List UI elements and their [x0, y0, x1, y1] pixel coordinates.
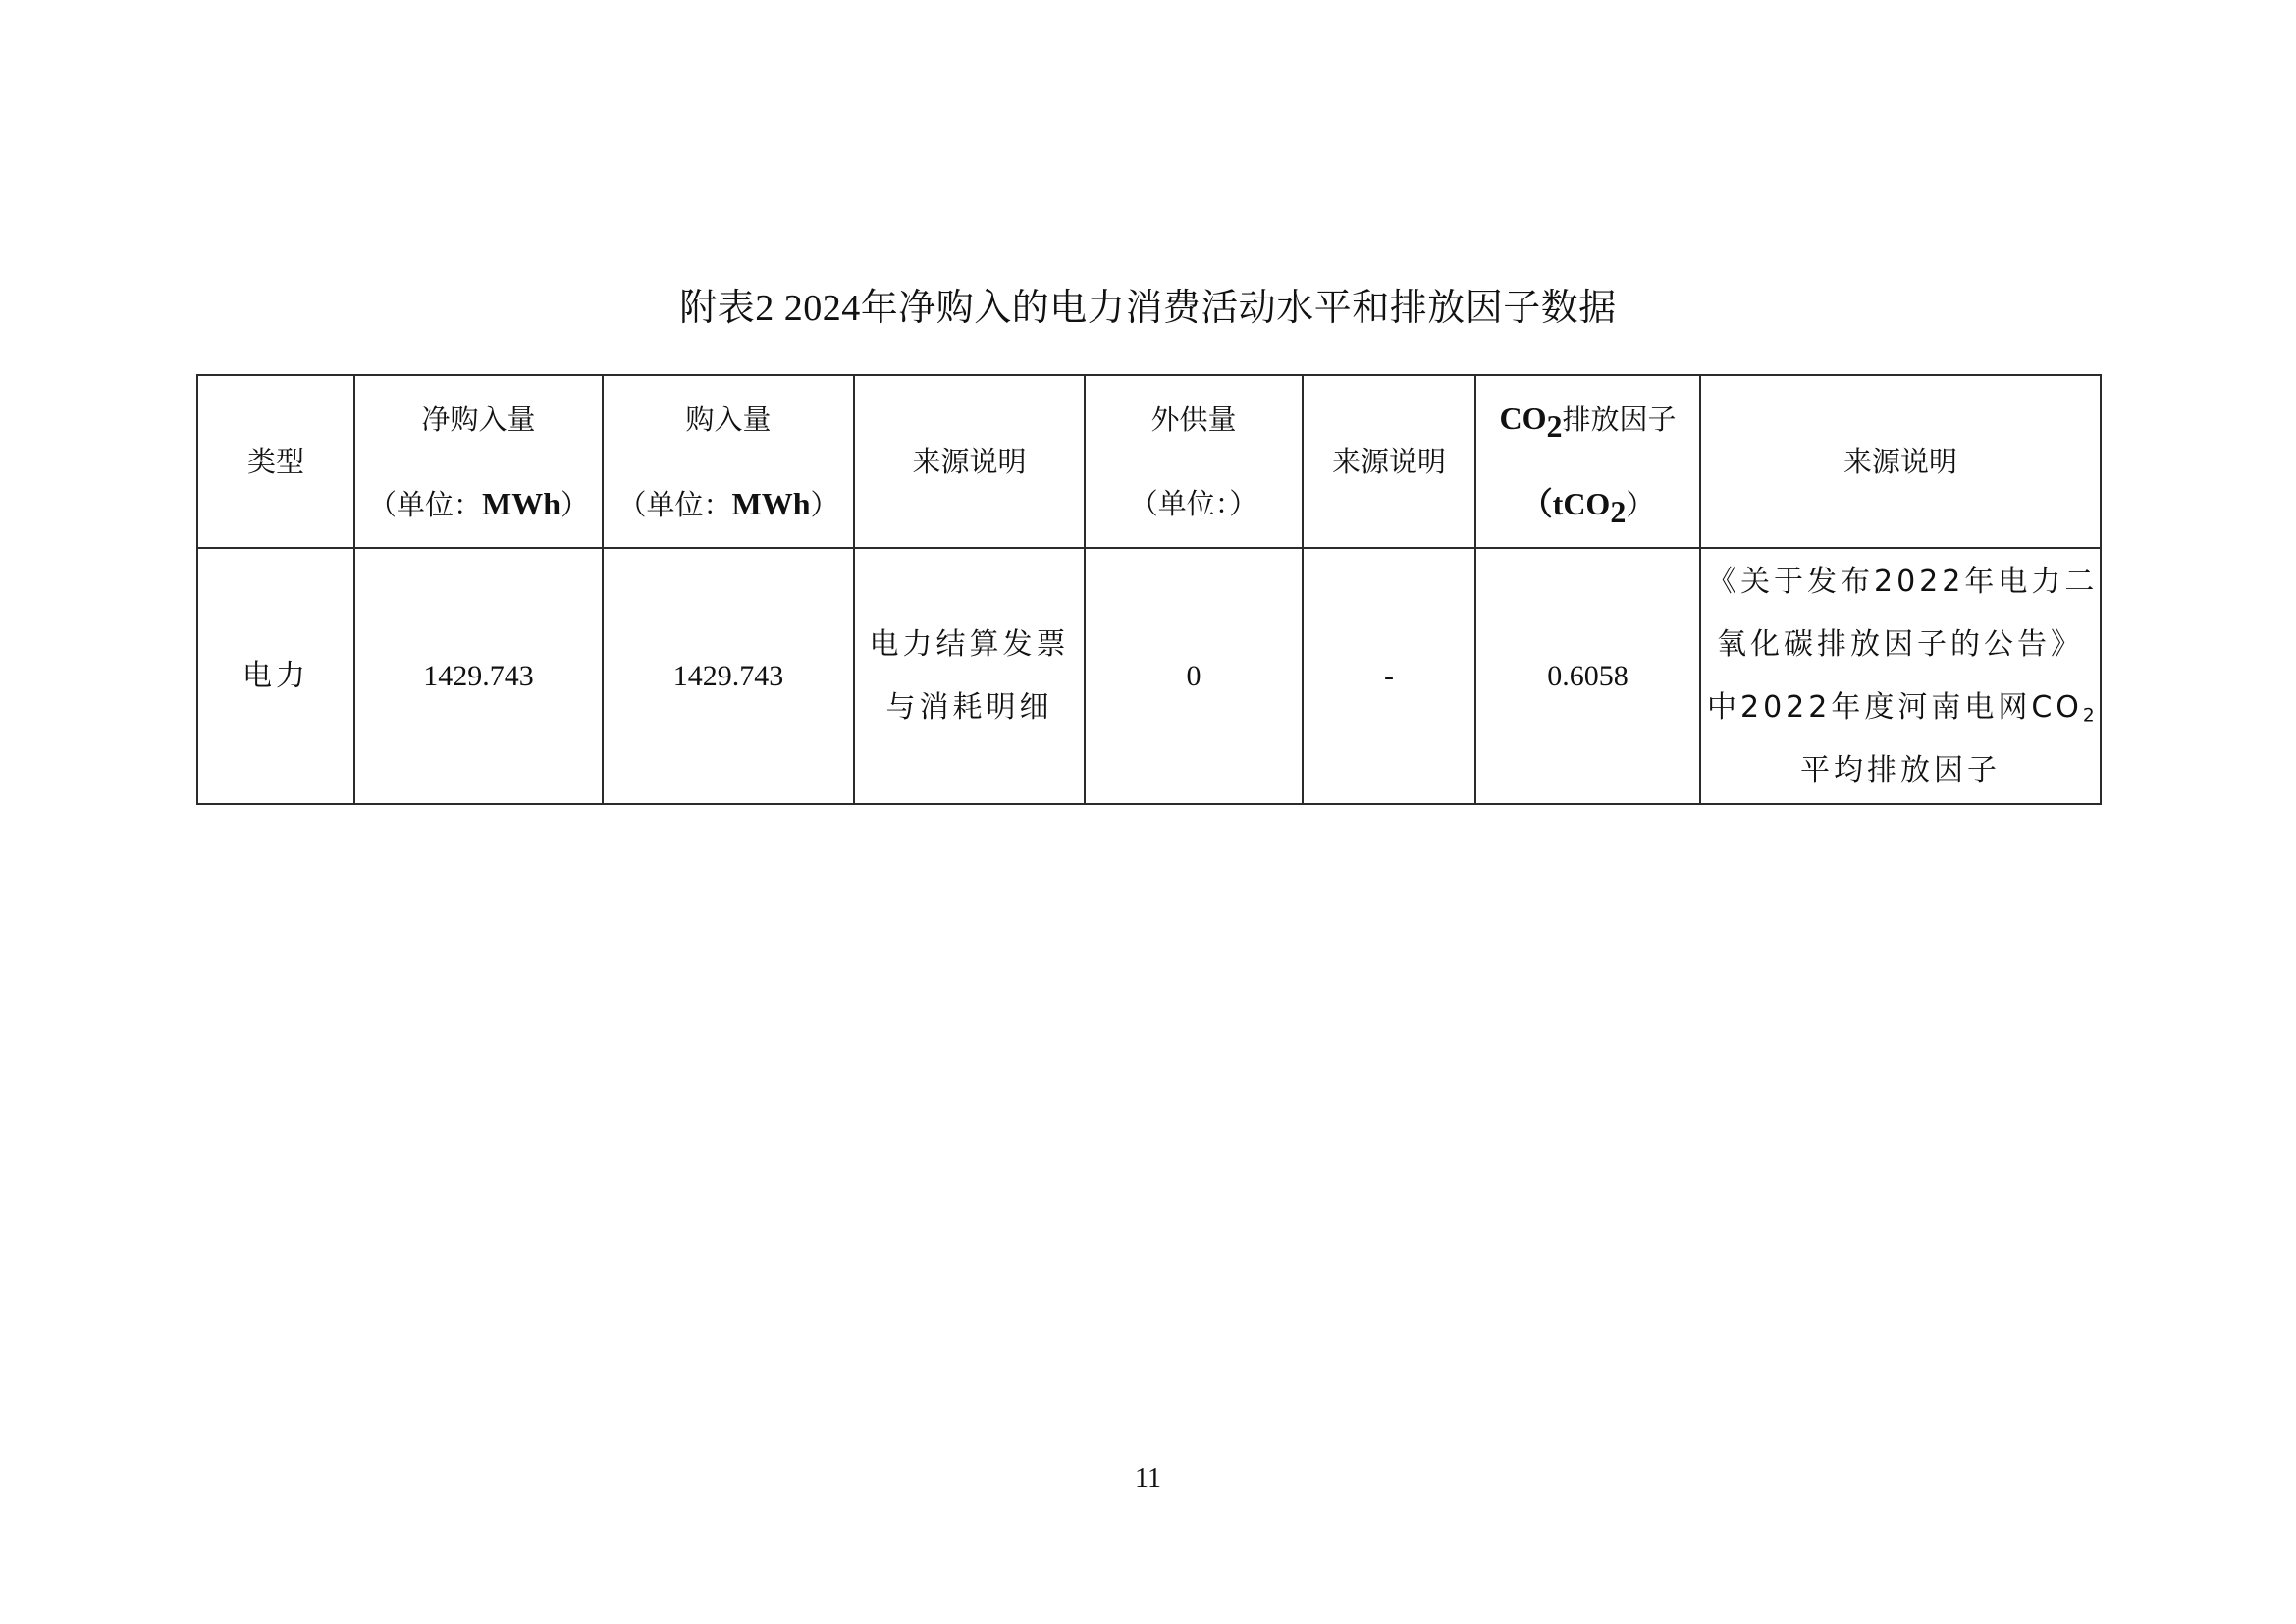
unit-prefix: （单位：	[617, 488, 731, 521]
header-net-purchase-unit: （单位：MWh）	[361, 461, 596, 547]
header-purchase-unit: （单位：MWh）	[610, 461, 847, 547]
source-note-3-line: 《关于发布2022年电力二	[1707, 551, 2094, 614]
header-purchase: 购入量 （单位：MWh）	[603, 375, 854, 548]
header-co2-factor-label: CO2排放因子	[1482, 376, 1693, 461]
header-purchase-label: 购入量	[610, 377, 847, 461]
header-net-purchase: 净购入量 （单位：MWh）	[354, 375, 603, 548]
header-source-note-1: 来源说明	[854, 375, 1085, 548]
unit-value: MWh	[482, 486, 561, 521]
header-net-purchase-label: 净购入量	[361, 377, 596, 461]
cell-purchase: 1429.743	[603, 548, 854, 804]
unit-suffix: ）	[561, 488, 589, 521]
unit-subscript: 2	[1610, 494, 1626, 529]
header-external-supply-unit: （单位：）	[1092, 461, 1296, 546]
source-note-3-line: 中2022年度河南电网CO2	[1707, 677, 2094, 739]
unit-prefix: （tCO	[1522, 486, 1611, 521]
header-external-supply: 外供量 （单位：）	[1085, 375, 1303, 548]
cell-co2-factor: 0.6058	[1475, 548, 1700, 804]
source-note-3-line3-text: 中2022年度河南电网CO	[1707, 690, 2083, 725]
header-type: 类型	[197, 375, 354, 548]
unit-value: MWh	[732, 486, 811, 521]
source-note-3-line: 氧化碳排放因子的公告》	[1707, 614, 2094, 677]
unit-suffix: ）	[811, 488, 839, 521]
co2-label-suffix: 排放因子	[1562, 403, 1676, 436]
source-note-1-line: 与消耗明细	[861, 677, 1078, 739]
co2-subscript: 2	[1546, 408, 1562, 444]
header-row: 类型 净购入量 （单位：MWh） 购入量 （单位：MWh） 来源说明 外供量 （…	[197, 375, 2101, 548]
page-number: 11	[0, 1463, 2296, 1494]
header-external-supply-label: 外供量	[1092, 377, 1296, 461]
header-co2-factor: CO2排放因子 （tCO2）	[1475, 375, 1700, 548]
cell-type: 电力	[197, 548, 354, 804]
header-source-note-2-label: 来源说明	[1309, 419, 1468, 504]
cell-source-note-3: 《关于发布2022年电力二 氧化碳排放因子的公告》 中2022年度河南电网CO2…	[1700, 548, 2101, 804]
source-note-1-line: 电力结算发票	[861, 614, 1078, 677]
header-co2-factor-unit: （tCO2）	[1482, 461, 1693, 547]
cell-source-note-1: 电力结算发票 与消耗明细	[854, 548, 1085, 804]
page-title: 附表2 2024年净购入的电力消费活动水平和排放因子数据	[0, 283, 2296, 334]
cell-source-note-2: -	[1303, 548, 1475, 804]
cell-net-purchase: 1429.743	[354, 548, 603, 804]
source-note-3-line: 平均排放因子	[1707, 739, 2094, 802]
table-row: 电力 1429.743 1429.743 电力结算发票 与消耗明细 0 - 0.…	[197, 548, 2101, 804]
co2-prefix: CO	[1499, 401, 1546, 436]
header-type-label: 类型	[204, 419, 347, 504]
header-source-note-3: 来源说明	[1700, 375, 2101, 548]
unit-prefix: （单位：	[368, 488, 482, 521]
header-source-note-1-label: 来源说明	[861, 419, 1078, 504]
header-source-note-2: 来源说明	[1303, 375, 1475, 548]
co2-subscript: 2	[2083, 705, 2099, 726]
header-source-note-3-label: 来源说明	[1707, 419, 2094, 504]
cell-external-supply: 0	[1085, 548, 1303, 804]
unit-suffix: ）	[1626, 488, 1654, 521]
emission-data-table: 类型 净购入量 （单位：MWh） 购入量 （单位：MWh） 来源说明 外供量 （…	[196, 374, 2102, 805]
